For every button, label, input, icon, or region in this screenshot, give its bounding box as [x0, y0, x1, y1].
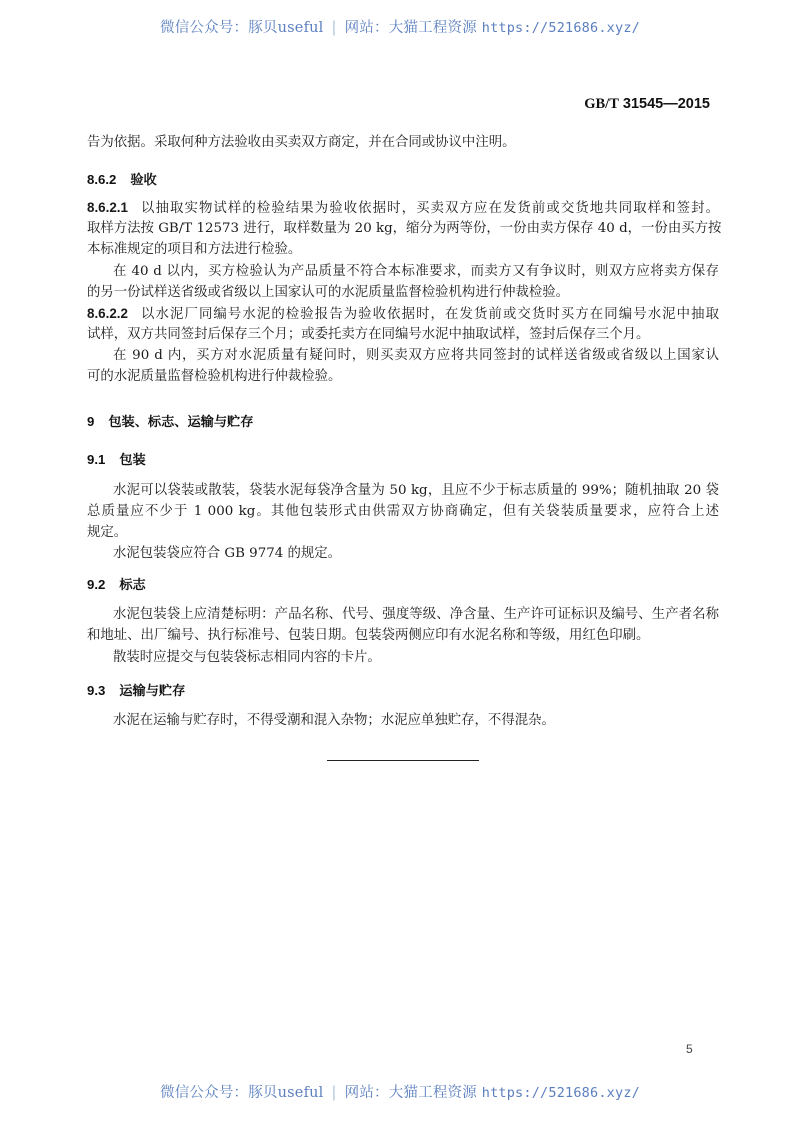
- watermark-site-label: 网站：大猫工程资源: [345, 20, 477, 36]
- clause-8-6-2-1-para2-line-1: 在 40 d 以内，买方检验认为产品质量不符合本标准要求，而卖方又有争议时，则双…: [113, 263, 719, 281]
- section-9-1-para1-line-2: 总质量应不少于 1 000 kg。其他包装形式由供需双方协商确定，但有关袋装质量…: [87, 503, 719, 521]
- watermark-wechat-label: 微信公众号：豚贝useful: [160, 20, 324, 36]
- section-9-1-para2: 水泥包装袋应符合 GB 9774 的规定。: [113, 545, 719, 563]
- continuation-text: 告为依据。采取何种方法验收由买卖双方商定，并在合同或协议中注明。: [87, 134, 719, 152]
- clause-8-6-2-2-line-2: 试样，双方共同签封后保存三个月；或委托卖方在同编号水泥中抽取试样，签封后保存三个…: [87, 326, 719, 344]
- watermark-separator: |: [332, 1085, 337, 1101]
- section-number: 9: [87, 414, 94, 429]
- section-number: 9.3: [87, 683, 105, 698]
- watermark-url: https://521686.xyz/: [482, 20, 640, 36]
- clause-number: 8.6.2.1: [87, 200, 128, 215]
- clause-8-6-2-2-line-1: 8.6.2.2以水泥厂同编号水泥的检验报告为验收依据时，在发货前或交货时买方在同…: [87, 305, 719, 324]
- clause-8-6-2-2-para2-line-2: 可的水泥质量监督检验机构进行仲裁检验。: [87, 368, 719, 386]
- clause-text: 以抽取实物试样的检验结果为验收依据时，买卖双方应在发货前或交货地共同取样和签封。: [140, 201, 719, 216]
- section-9-3-heading: 9.3运输与贮存: [87, 680, 185, 699]
- section-title: 包装: [119, 452, 145, 467]
- watermark-separator: |: [332, 20, 337, 36]
- section-9-1-heading: 9.1包装: [87, 449, 146, 468]
- clause-number: 8.6.2.2: [87, 306, 128, 321]
- watermark-top: 微信公众号：豚贝useful|网站：大猫工程资源 https://521686.…: [0, 16, 800, 37]
- end-of-text-rule: [327, 760, 479, 761]
- clause-text: 以水泥厂同编号水泥的检验报告为验收依据时，在发货前或交货时买方在同编号水泥中抽取: [140, 307, 719, 322]
- section-title: 包装、标志、运输与贮存: [108, 414, 253, 429]
- standard-number: 31545—2015: [623, 96, 710, 112]
- section-9-1-para1-line-1: 水泥可以袋装或散装，袋装水泥每袋净含量为 50 kg，且应不少于标志质量的 99…: [113, 482, 719, 500]
- section-9-1-para1-line-3: 规定。: [87, 524, 719, 542]
- section-9-heading: 9包装、标志、运输与贮存: [87, 411, 253, 430]
- standard-prefix: GB/T: [584, 96, 619, 112]
- section-9-2-para1-line-2: 和地址、出厂编号、执行标准号、包装日期。包装袋两侧应印有水泥名称和等级，用红色印…: [87, 627, 719, 645]
- standard-number-header: GB/T 31545—2015: [584, 96, 710, 113]
- section-number: 9.2: [87, 577, 105, 592]
- clause-8-6-2-1-line-3: 本标准规定的项目和方法进行检验。: [87, 241, 719, 259]
- clause-8-6-2-1-line-1: 8.6.2.1以抽取实物试样的检验结果为验收依据时，买卖双方应在发货前或交货地共…: [87, 199, 719, 218]
- watermark-wechat-label: 微信公众号：豚贝useful: [160, 1085, 324, 1101]
- section-9-2-heading: 9.2标志: [87, 574, 146, 593]
- section-number: 8.6.2: [87, 172, 116, 187]
- watermark-bottom: 微信公众号：豚贝useful|网站：大猫工程资源 https://521686.…: [0, 1081, 800, 1102]
- section-title: 运输与贮存: [119, 683, 185, 698]
- section-8-6-2-heading: 8.6.2验收: [87, 169, 157, 188]
- clause-8-6-2-1-line-2: 取样方法按 GB/T 12573 进行，取样数量为 20 kg，缩分为两等份，一…: [87, 220, 719, 238]
- section-9-2-para1-line-1: 水泥包装袋上应清楚标明：产品名称、代号、强度等级、净含量、生产许可证标识及编号、…: [113, 606, 719, 624]
- clause-8-6-2-1-para2-line-2: 的另一份试样送省级或省级以上国家认可的水泥质量监督检验机构进行仲裁检验。: [87, 284, 719, 302]
- section-9-3-para1: 水泥在运输与贮存时，不得受潮和混入杂物；水泥应单独贮存，不得混杂。: [113, 712, 719, 730]
- watermark-site-label: 网站：大猫工程资源: [345, 1085, 477, 1101]
- page-number: 5: [686, 1042, 693, 1056]
- section-title: 验收: [130, 172, 156, 187]
- watermark-url: https://521686.xyz/: [482, 1085, 640, 1101]
- section-number: 9.1: [87, 452, 105, 467]
- section-title: 标志: [119, 577, 145, 592]
- clause-8-6-2-2-para2-line-1: 在 90 d 内，买方对水泥质量有疑问时，则买卖双方应将共同签封的试样送省级或省…: [113, 347, 719, 365]
- section-9-2-para2: 散装时应提交与包装袋标志相同内容的卡片。: [113, 649, 719, 667]
